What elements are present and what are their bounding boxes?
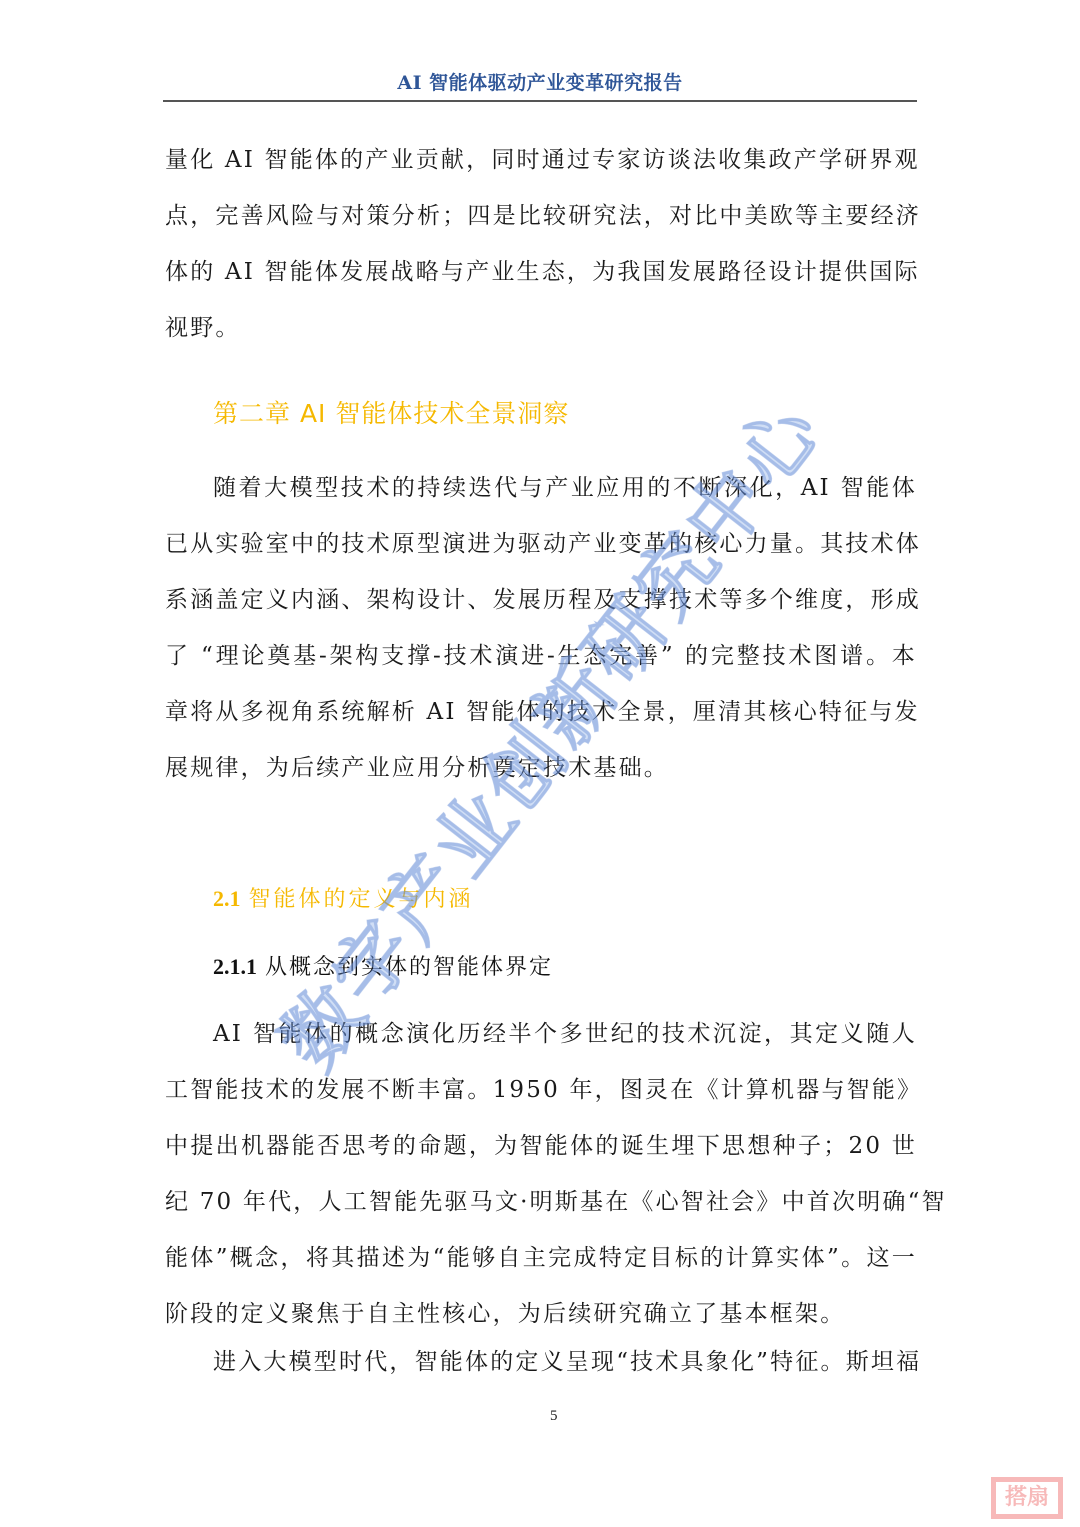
chapter-title: 第二章 AI 智能体技术全景洞察 — [213, 394, 569, 430]
running-header: AI 智能体驱动产业变革研究报告 — [163, 68, 917, 95]
paragraph-line: 能体”概念，将其描述为“能够自主完成特定目标的计算实体”。这一 — [165, 1230, 917, 1286]
paragraph-line: 展规律，为后续产业应用分析奠定技术基础。 — [165, 740, 917, 796]
header-divider — [163, 100, 917, 102]
subsection-number: 2.1.1 — [213, 954, 257, 979]
paragraph-line: 点，完善风险与对策分析；四是比较研究法，对比中美欧等主要经济 — [165, 188, 917, 244]
chapter-intro-paragraph: 随着大模型技术的持续迭代与产业应用的不断深化，AI 智能体 已从实验室中的技术原… — [165, 460, 917, 796]
subsection-paragraph-2: 进入大模型时代，智能体的定义呈现“技术具象化”特征。斯坦福 — [165, 1334, 917, 1390]
paragraph-line: 量化 AI 智能体的产业贡献，同时通过专家访谈法收集政产学研界观 — [165, 132, 917, 188]
section-title-text: 智能体的定义与内涵 — [249, 887, 474, 912]
intro-paragraph: 量化 AI 智能体的产业贡献，同时通过专家访谈法收集政产学研界观 点，完善风险与… — [165, 132, 917, 356]
paragraph-line: 已从实验室中的技术原型演进为驱动产业变革的核心力量。其技术体 — [165, 516, 917, 572]
paragraph-line: 进入大模型时代，智能体的定义呈现“技术具象化”特征。斯坦福 — [165, 1334, 917, 1390]
paragraph-line: 了 “理论奠基-架构支撑-技术演进-生态完善” 的完整技术图谱。本 — [165, 628, 917, 684]
section-number: 2.1 — [213, 886, 241, 911]
stamp-text: 搭扇 — [1005, 1487, 1049, 1509]
paragraph-line: AI 智能体的概念演化历经半个多世纪的技术沉淀，其定义随人 — [165, 1006, 917, 1062]
seal-stamp-icon: 搭扇 — [991, 1477, 1063, 1519]
page-number: 5 — [550, 1408, 558, 1425]
paragraph-line: 纪 70 年代，人工智能先驱马文·明斯基在《心智社会》中首次明确“智 — [165, 1174, 917, 1230]
paragraph-line: 章将从多视角系统解析 AI 智能体的技术全景，厘清其核心特征与发 — [165, 684, 917, 740]
paragraph-line: 工智能技术的发展不断丰富。1950 年，图灵在《计算机器与智能》 — [165, 1062, 917, 1118]
subsection-title-text: 从概念到实体的智能体界定 — [265, 955, 553, 980]
subsection-paragraph-1: AI 智能体的概念演化历经半个多世纪的技术沉淀，其定义随人 工智能技术的发展不断… — [165, 1006, 917, 1342]
subsection-heading: 2.1.1从概念到实体的智能体界定 — [213, 950, 553, 981]
section-heading: 2.1智能体的定义与内涵 — [213, 882, 474, 913]
document-page: AI 智能体驱动产业变革研究报告 量化 AI 智能体的产业贡献，同时通过专家访谈… — [0, 0, 1080, 1527]
paragraph-line: 中提出机器能否思考的命题，为智能体的诞生埋下思想种子；20 世 — [165, 1118, 917, 1174]
paragraph-line: 体的 AI 智能体发展战略与产业生态，为我国发展路径设计提供国际 — [165, 244, 917, 300]
paragraph-line: 视野。 — [165, 300, 917, 356]
paragraph-line: 系涵盖定义内涵、架构设计、发展历程及支撑技术等多个维度，形成 — [165, 572, 917, 628]
paragraph-line: 随着大模型技术的持续迭代与产业应用的不断深化，AI 智能体 — [165, 460, 917, 516]
